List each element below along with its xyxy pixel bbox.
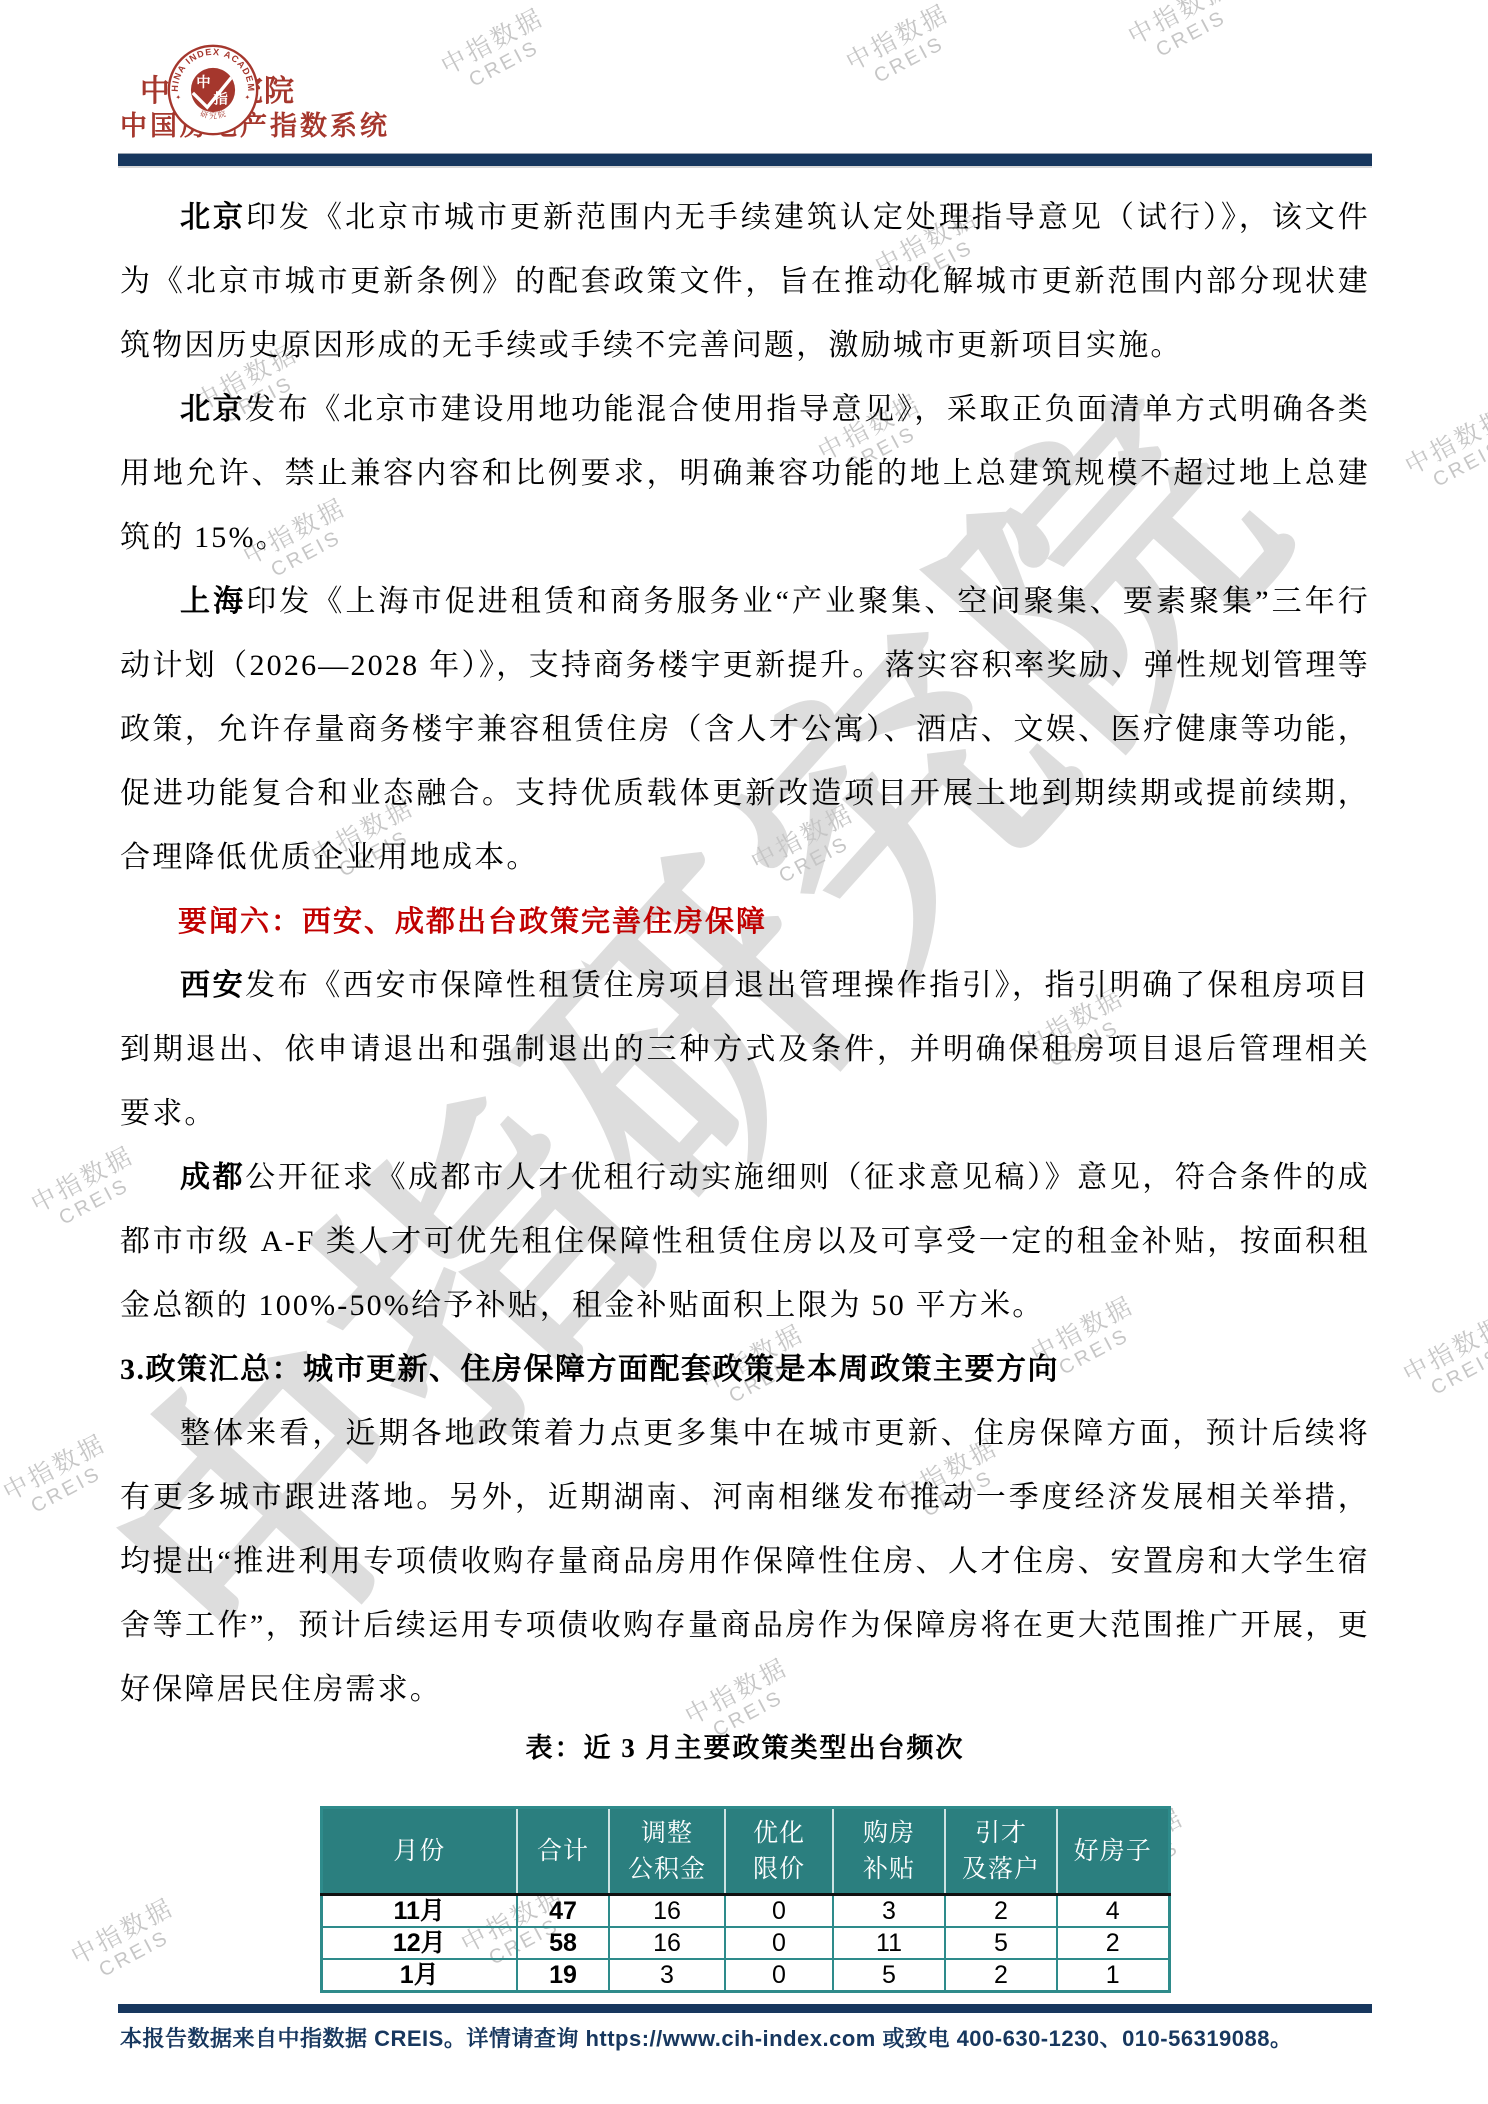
table-header-cell: 购房补贴 xyxy=(833,1808,945,1895)
footer-rule xyxy=(118,2004,1372,2013)
creis-watermark: 中指数据CREIS xyxy=(1399,1312,1488,1408)
table-cell-value: 3 xyxy=(833,1895,945,1928)
table-cell-value: 0 xyxy=(725,1895,833,1928)
table-section: 表：近 3 月主要政策类型出台频次 月份合计调整公积金优化限价购房补贴引才及落户… xyxy=(120,1728,1370,1993)
table-header-cell: 月份 xyxy=(321,1808,517,1895)
logo-inner-char1: 中 xyxy=(196,74,210,91)
body-text: 北京印发《北京市城市更新范围内无手续建筑认定处理指导意见（试行）》，该文件为《北… xyxy=(120,186,1370,1722)
creis-watermark: 中指数据CREIS xyxy=(437,4,559,100)
table-header-row: 月份合计调整公积金优化限价购房补贴引才及落户好房子 xyxy=(321,1808,1169,1895)
paragraph: 北京发布《北京市建设用地功能混合使用指导意见》，采取正负面清单方式明确各类用地允… xyxy=(120,378,1370,570)
header-rule xyxy=(118,153,1372,166)
table-header-cell: 合计 xyxy=(517,1808,609,1895)
footer-text-prefix: 本报告数据来自中指数据 CREIS。详情请查询 xyxy=(120,2026,585,2051)
paragraph: 整体来看，近期各地政策着力点更多集中在城市更新、住房保障方面，预计后续将有更多城… xyxy=(120,1402,1370,1722)
table-cell-value: 0 xyxy=(725,1927,833,1959)
svg-text:✦: ✦ xyxy=(245,94,251,102)
paragraph: 上海印发《上海市促进租赁和商务服务业“产业聚集、空间聚集、要素聚集”三年行动计划… xyxy=(120,570,1370,890)
table-row: 1月1930521 xyxy=(321,1959,1169,1992)
paragraph-lead-city: 北京 xyxy=(180,393,245,426)
creis-watermark: 中指数据CREIS xyxy=(0,1430,121,1526)
table-cell-value: 3 xyxy=(609,1959,725,1992)
creis-watermark: 中指数据CREIS xyxy=(1401,404,1488,500)
table-cell-value: 5 xyxy=(945,1927,1057,1959)
table-cell-value: 11 xyxy=(833,1927,945,1959)
footer-text-suffix: 或致电 400-630-1230、010-56319088。 xyxy=(876,2026,1293,2051)
table-header-cell: 好房子 xyxy=(1057,1808,1169,1895)
table-row: 12月581601152 xyxy=(321,1927,1169,1959)
table-cell-value: 4 xyxy=(1057,1895,1169,1928)
logo-inner-char2: 指 xyxy=(213,90,228,107)
paragraph-lead-city: 成都 xyxy=(180,1161,245,1194)
table-body: 11月4716032412月5816011521月1930521 xyxy=(321,1895,1169,1992)
creis-watermark: 中指数据CREIS xyxy=(1124,0,1246,70)
paragraph-lead-city: 西安 xyxy=(180,969,245,1002)
report-page: 中指研究院 中指数据CREIS中指数据CREIS中指数据CREIS中指数据CRE… xyxy=(0,0,1488,2104)
table-cell-month: 1月 xyxy=(321,1959,517,1992)
paragraph: 西安发布《西安市保障性租赁住房项目退出管理操作指引》，指引明确了保租房项目到期退… xyxy=(120,954,1370,1146)
paragraph: 成都公开征求《成都市人才优租行动实施细则（征求意见稿）》意见，符合条件的成都市市… xyxy=(120,1146,1370,1338)
table-cell-value: 16 xyxy=(609,1895,725,1928)
table-title: 表：近 3 月主要政策类型出台频次 xyxy=(120,1728,1370,1768)
paragraph-lead-city: 上海 xyxy=(180,585,246,618)
paragraph: 北京印发《北京市城市更新范围内无手续建筑认定处理指导意见（试行）》，该文件为《北… xyxy=(120,186,1370,378)
table-cell-value: 2 xyxy=(945,1959,1057,1992)
table-cell-value: 1 xyxy=(1057,1959,1169,1992)
table-cell-value: 5 xyxy=(833,1959,945,1992)
footer-url-link[interactable]: https://www.cih-index.com xyxy=(585,2026,875,2051)
china-index-academy-logo-icon: CHINA INDEX ACADEMY 研 究 院 ✦ ✦ 中 指 xyxy=(165,42,261,138)
table-cell-value: 2 xyxy=(1057,1927,1169,1959)
svg-text:✦: ✦ xyxy=(176,94,182,102)
table-header-cell: 调整公积金 xyxy=(609,1808,725,1895)
policy-frequency-table: 月份合计调整公积金优化限价购房补贴引才及落户好房子 11月4716032412月… xyxy=(320,1806,1171,1993)
table-row: 11月47160324 xyxy=(321,1895,1169,1928)
table-header-cell: 引才及落户 xyxy=(945,1808,1057,1895)
paragraph-lead-city: 北京 xyxy=(180,201,246,234)
footer-text: 本报告数据来自中指数据 CREIS。详情请查询 https://www.cih-… xyxy=(120,2022,1410,2053)
table-cell-month: 12月 xyxy=(321,1927,517,1959)
creis-watermark: 中指数据CREIS xyxy=(842,0,964,96)
table-cell-month: 11月 xyxy=(321,1895,517,1928)
table-cell-value: 47 xyxy=(517,1895,609,1928)
table-header-cell: 优化限价 xyxy=(725,1808,833,1895)
table-cell-value: 19 xyxy=(517,1959,609,1992)
heading-section: 3.政策汇总：城市更新、住房保障方面配套政策是本周政策主要方向 xyxy=(120,1338,1370,1402)
table-cell-value: 58 xyxy=(517,1927,609,1959)
heading-red: 要闻六：西安、成都出台政策完善住房保障 xyxy=(120,890,1370,954)
table-cell-value: 0 xyxy=(725,1959,833,1992)
table-cell-value: 16 xyxy=(609,1927,725,1959)
table-cell-value: 2 xyxy=(945,1895,1057,1928)
